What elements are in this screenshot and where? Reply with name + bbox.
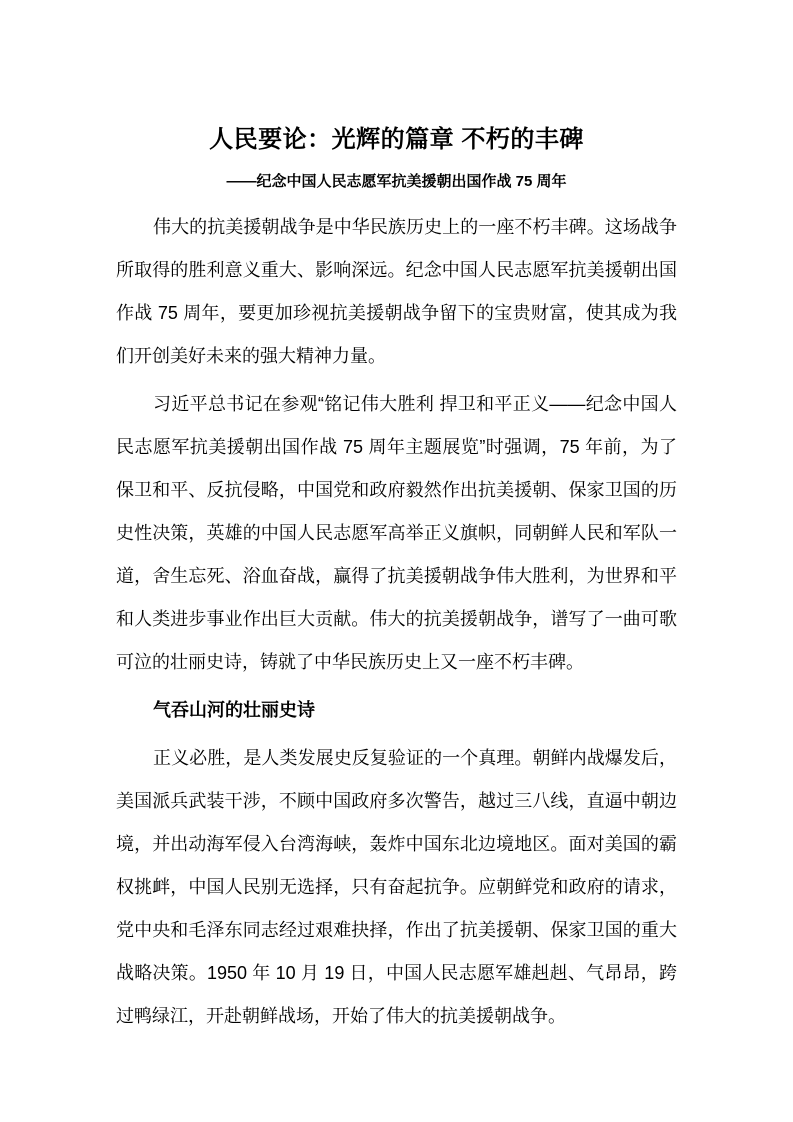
intro-paragraph-2: 习近平总书记在参观“铭记伟大胜利 捍卫和平正义——纪念中国人民志愿军抗美援朝出国…	[116, 383, 677, 684]
document-page: 人民要论：光辉的篇章 不朽的丰碑 ——纪念中国人民志愿军抗美援朝出国作战 75 …	[0, 0, 793, 1122]
article-title: 人民要论：光辉的篇章 不朽的丰碑	[116, 123, 677, 157]
section-heading: 气吞山河的壮丽史诗	[116, 689, 677, 732]
intro-paragraph-1: 伟大的抗美援朝战争是中华民族历史上的一座不朽丰碑。这场战争所取得的胜利意义重大、…	[116, 206, 677, 378]
article-subtitle: ——纪念中国人民志愿军抗美援朝出国作战 75 周年	[116, 172, 677, 192]
section-paragraph-1: 正义必胜，是人类发展史反复验证的一个真理。朝鲜内战爆发后，美国派兵武装干涉，不顾…	[116, 737, 677, 1038]
